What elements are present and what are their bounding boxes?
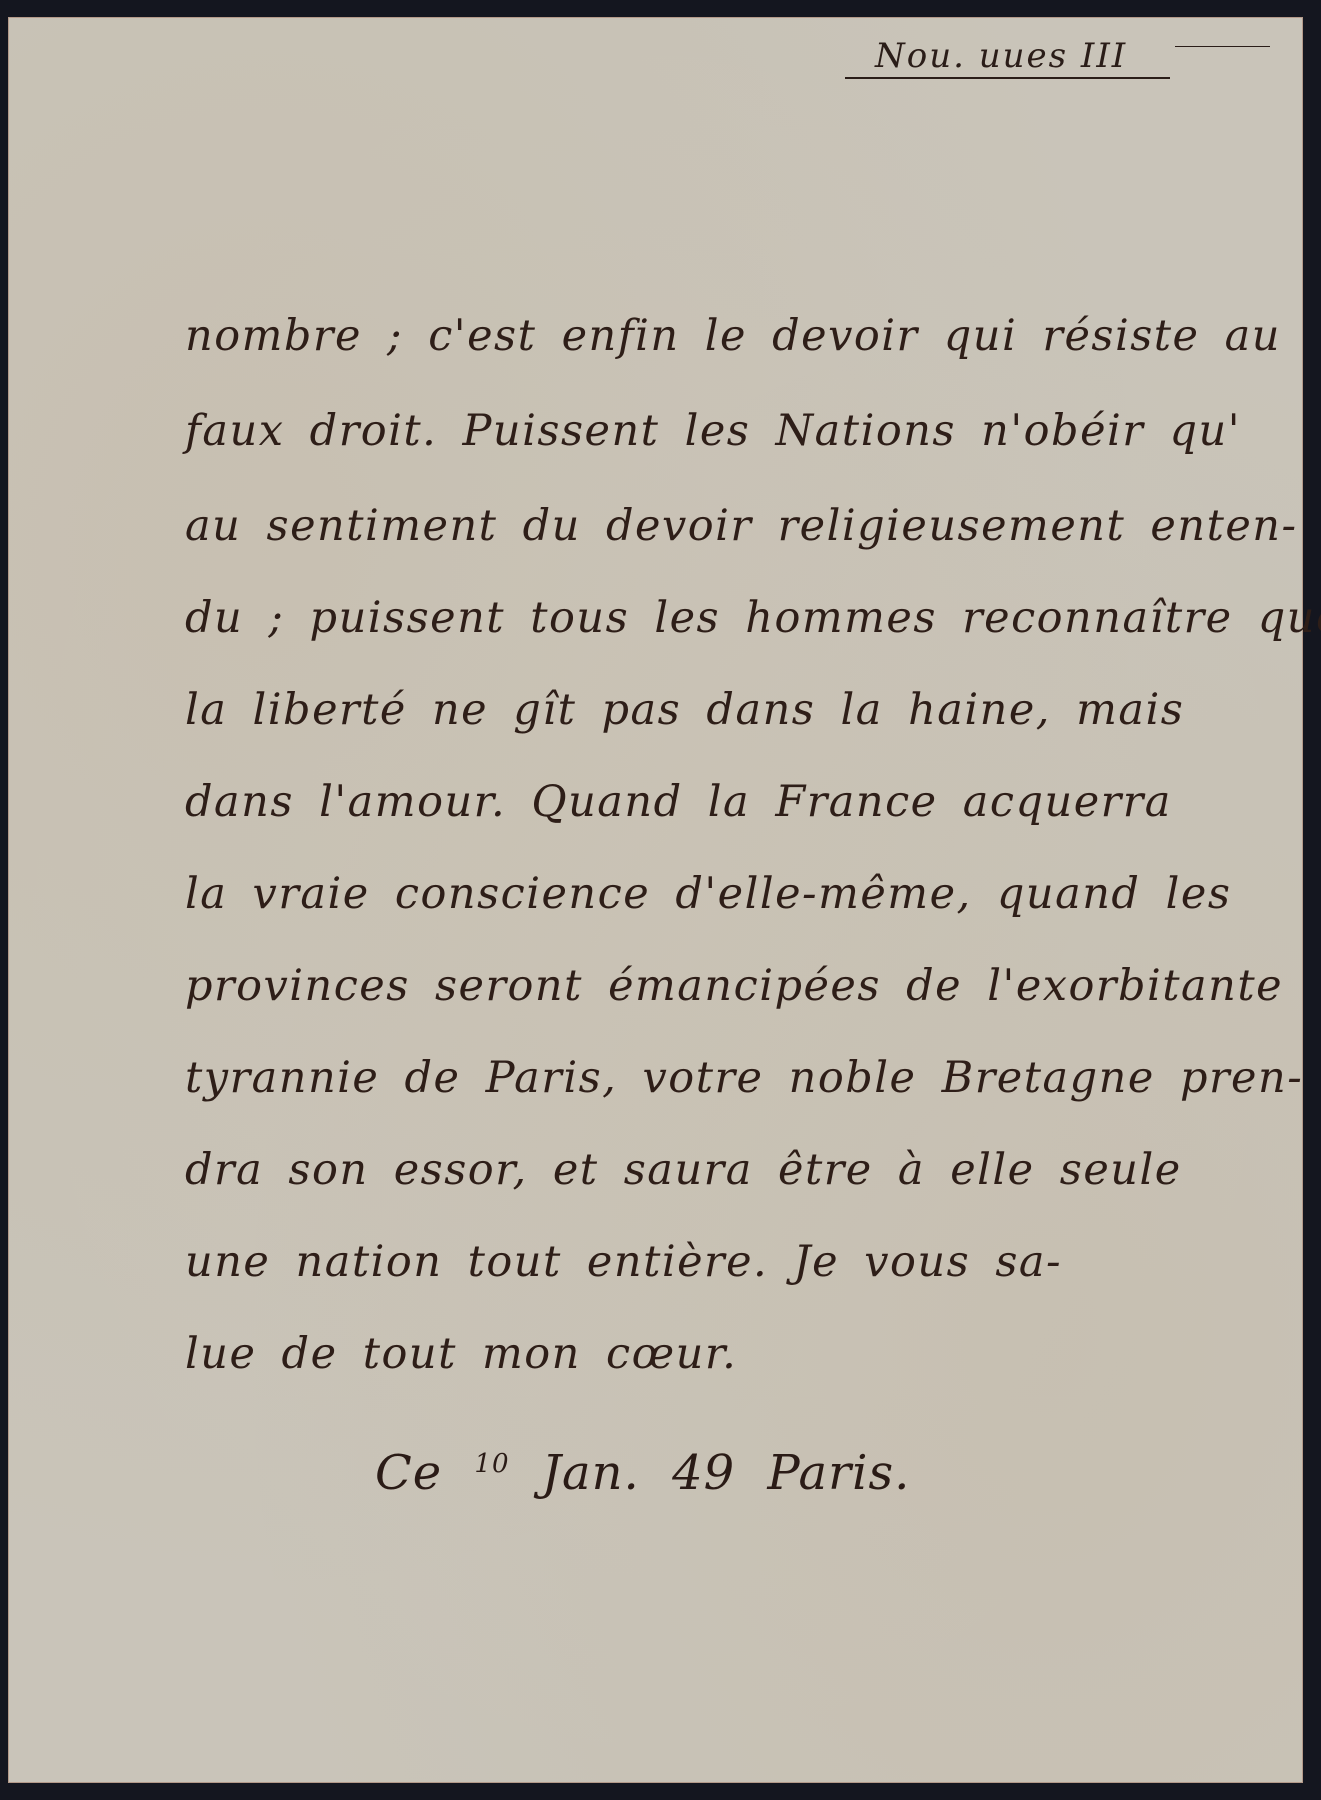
letter-line: nombre ; c'est enfin le devoir qui résis… bbox=[185, 290, 1205, 385]
letter-line: provinces seront émancipées de l'exorbit… bbox=[185, 940, 1205, 1032]
archive-reference-mark: Nou. uues III bbox=[845, 32, 1255, 80]
dateline-day: 10 bbox=[474, 1449, 509, 1479]
letter-line: la liberté ne gît pas dans la haine, mai… bbox=[185, 664, 1205, 756]
letter-line: lue de tout mon cœur. bbox=[185, 1308, 1205, 1400]
dateline-prefix: Ce bbox=[375, 1445, 442, 1501]
letter-line: du ; puissent tous les hommes reconnaîtr… bbox=[185, 572, 1205, 664]
ink-bleed-through bbox=[250, 140, 1030, 220]
archive-reference-text: Nou. uues III bbox=[875, 36, 1127, 76]
letter-body: nombre ; c'est enfin le devoir qui résis… bbox=[185, 290, 1205, 1400]
letter-line: au sentiment du devoir religieusement en… bbox=[160, 480, 1205, 572]
archive-reference-underline bbox=[845, 77, 1170, 79]
letter-line: la vraie conscience d'elle-même, quand l… bbox=[185, 848, 1205, 940]
letter-line: dans l'amour. Quand la France acquerra bbox=[185, 756, 1205, 848]
dateline-month: Jan. bbox=[542, 1445, 640, 1501]
dateline: Ce 10 Jan. 49 Paris. bbox=[375, 1445, 935, 1525]
letter-line: dra son essor, et saura être à elle seul… bbox=[185, 1124, 1205, 1216]
dateline-place: Paris. bbox=[767, 1445, 910, 1501]
letter-line: tyrannie de Paris, votre noble Bretagne … bbox=[185, 1032, 1205, 1124]
dateline-year: 49 bbox=[672, 1445, 735, 1501]
archive-reference-overline bbox=[1175, 46, 1270, 47]
letter-line: une nation tout entière. Je vous sa- bbox=[185, 1216, 1205, 1308]
letter-line: faux droit. Puissent les Nations n'obéir… bbox=[185, 385, 1205, 480]
